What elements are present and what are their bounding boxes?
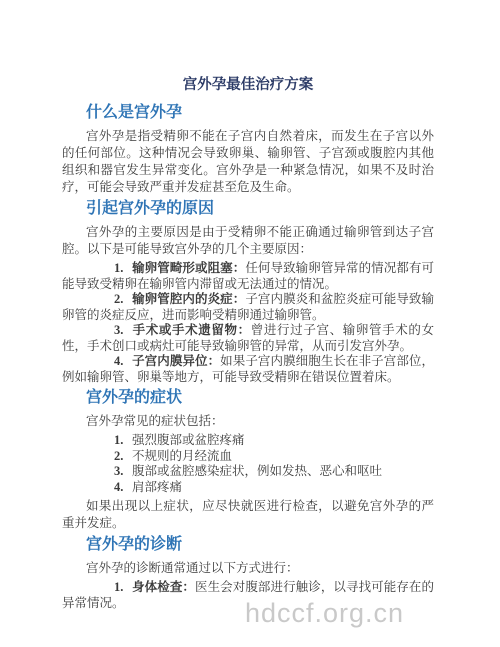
list-item-number: 4.	[88, 480, 132, 496]
list-item-term: 子宫内膜异位：	[132, 354, 220, 368]
list-item-number: 2.	[88, 449, 132, 465]
document-title: 宫外孕最佳治疗方案	[62, 76, 434, 95]
section-heading-causes: 引起宫外孕的原因	[62, 199, 434, 219]
list-item: 3.腹部或盆腔感染症状，例如发热、恶心和呕吐	[62, 464, 434, 480]
list-item: 4.肩部疼痛	[62, 480, 434, 496]
paragraph-diagnosis-intro: 宫外孕的诊断通常通过以下方式进行：	[62, 560, 434, 577]
list-item-desc: 肩部疼痛	[132, 480, 182, 494]
list-item: 1.输卵管畸形或阻塞：任何导致输卵管异常的情况都有可能导致受精卵在输卵管内滞留或…	[62, 261, 434, 292]
list-item-number: 1.	[88, 433, 132, 449]
list-item-desc: 腹部或盆腔感染症状，例如发热、恶心和呕吐	[132, 464, 382, 478]
paragraph-symptoms-intro: 宫外孕常见的症状包括：	[62, 413, 434, 430]
symptoms-list: 1.强烈腹部或盆腔疼痛 2.不规则的月经流血 3.腹部或盆腔感染症状，例如发热、…	[62, 433, 434, 495]
list-item: 1.强烈腹部或盆腔疼痛	[62, 433, 434, 449]
list-item: 2.输卵管腔内的炎症：子宫内膜炎和盆腔炎症可能导致输卵管的炎症反应，进而影响受精…	[62, 292, 434, 323]
list-item: 3.手术或手术遗留物：曾进行过子宫、输卵管手术的女性，手术创口或病灶可能导致输卵…	[62, 323, 434, 354]
list-item: 2.不规则的月经流血	[62, 449, 434, 465]
list-item-desc: 不规则的月经流血	[132, 449, 232, 463]
list-item-desc: 强烈腹部或盆腔疼痛	[132, 433, 245, 447]
list-item-term: 输卵管畸形或阻塞：	[132, 261, 245, 275]
watermark: hdccf.org.cn	[245, 598, 404, 629]
list-item-term: 身体检查：	[132, 580, 195, 594]
list-item-number: 1.	[88, 261, 132, 277]
section-heading-symptoms: 宫外孕的症状	[62, 388, 434, 408]
section-heading-what-is: 什么是宫外孕	[62, 103, 434, 123]
paragraph-definition: 宫外孕是指受精卵不能在子宫内自然着床，而发生在子宫以外的任何部位。这种情况会导致…	[62, 128, 434, 196]
list-item-number: 3.	[88, 464, 132, 480]
paragraph-causes-intro: 宫外孕的主要原因是由于受精卵不能正确通过输卵管到达子宫腔。以下是可能导致宫外孕的…	[62, 224, 434, 258]
list-item-number: 1.	[88, 580, 132, 596]
list-item-number: 2.	[88, 292, 132, 308]
document-page: 宫外孕最佳治疗方案 什么是宫外孕 宫外孕是指受精卵不能在子宫内自然着床，而发生在…	[0, 0, 500, 647]
list-item-term: 输卵管腔内的炎症：	[132, 292, 245, 306]
list-item-number: 3.	[88, 323, 132, 339]
list-item: 4.子宫内膜异位：如果子宫内膜细胞生长在非子宫部位，例如输卵管、卵巢等地方，可能…	[62, 354, 434, 385]
causes-list: 1.输卵管畸形或阻塞：任何导致输卵管异常的情况都有可能导致受精卵在输卵管内滞留或…	[62, 261, 434, 385]
section-heading-diagnosis: 宫外孕的诊断	[62, 535, 434, 555]
list-item-term: 手术或手术遗留物：	[132, 323, 251, 337]
list-item-number: 4.	[88, 354, 132, 370]
paragraph-symptoms-closing: 如果出现以上症状，应尽快就医进行检查，以避免宫外孕的严重并发症。	[62, 498, 434, 532]
